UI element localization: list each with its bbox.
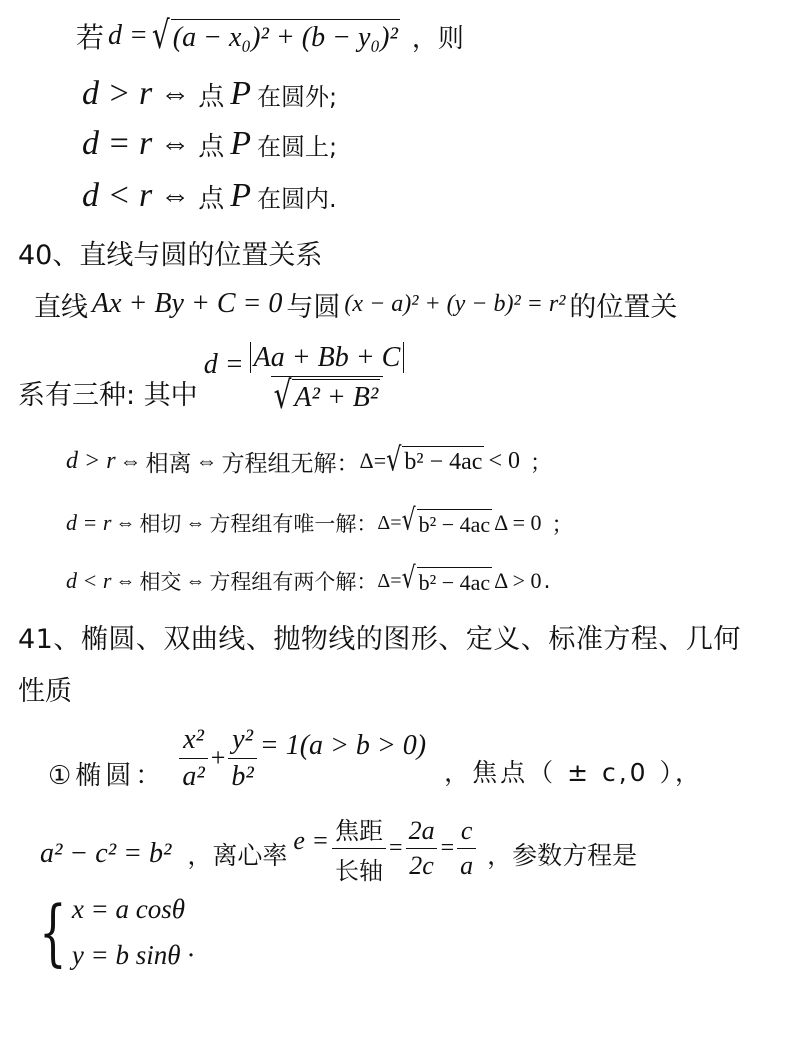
left-brace-icon: { [39, 896, 66, 968]
param-label: ，参数方程是 [487, 836, 637, 872]
d-denominator: A² + B² [292, 379, 380, 414]
case-point-label: 点 [198, 178, 224, 215]
d-lhs: d = [204, 349, 244, 381]
case-name: 相切 [139, 508, 181, 538]
frac-denominator: b² [228, 758, 256, 793]
iff-icon: ⇔ [115, 570, 135, 593]
line-suffix: 的位置关 [569, 285, 677, 324]
section-40-heading: 40、直线与圆的位置关系 [18, 232, 322, 272]
case-text: 在圆上; [257, 127, 337, 162]
case-point-label: 点 [198, 126, 224, 163]
focal-over-axis-fraction: 焦距 长轴 [332, 811, 386, 886]
point-case-outside: d > r ⇔ 点 P 在圆外; [82, 70, 337, 118]
intro-prefix: 若 [76, 16, 104, 56]
point-case-on: d = r ⇔ 点 P 在圆上; [82, 120, 337, 168]
iff-icon: ⇔ [185, 512, 205, 535]
distance-sqrt: √ (a − x₀)² + (b − y₀)² [152, 19, 400, 54]
iff-icon: ⇔ [160, 77, 190, 111]
x-squared-fraction: x² a² [179, 724, 207, 793]
iff-icon: ⇔ [185, 570, 205, 593]
case-desc: 方程组有唯一解： [209, 508, 377, 538]
case-intersect: d < r ⇔ 相交 ⇔ 方程组有两个解： Δ= √ b² − 4ac Δ > … [66, 556, 550, 606]
discriminant-sqrt: √ b² − 4ac [402, 567, 493, 596]
section-41-heading-line2: 性质 [18, 666, 72, 710]
frac-denominator: a [457, 848, 476, 881]
line2-prefix: 系有三种: 其中 [18, 373, 198, 412]
case-name: 相离 [146, 445, 192, 478]
case-relation: d < r [82, 177, 152, 215]
case-relation: d > r [82, 75, 152, 113]
circle-equation: (x − a)² + (y − b)² = r² [344, 291, 565, 318]
param-y: y = b sinθ · [72, 932, 194, 978]
iff-icon: ⇔ [196, 448, 218, 474]
ellipse-parametric-equations: { x = a cosθ y = b sinθ · [30, 884, 194, 980]
point-case-inside: d < r ⇔ 点 P 在圆内. [82, 172, 337, 220]
radical-sign-icon: √ [402, 561, 416, 600]
intro-suffix: ，则 [412, 18, 464, 55]
case-tangent: d = r ⇔ 相切 ⇔ 方程组有唯一解： Δ= √ b² − 4ac Δ = … [66, 498, 574, 548]
discriminant-sqrt: √ b² − 4ac [402, 509, 493, 538]
case-separate: d > r ⇔ 相离 ⇔ 方程组无解： Δ= √ b² − 4ac < 0 ； [66, 436, 552, 486]
case-end: . [543, 569, 550, 594]
y-squared-fraction: y² b² [228, 724, 256, 793]
d-numerator: Aa + Bb + C [250, 342, 405, 373]
equals-sign: = [441, 835, 455, 862]
case-end: ； [530, 446, 552, 477]
case-name: 相交 [139, 566, 181, 596]
equation-rhs: = 1(a > b > 0) [260, 730, 426, 762]
case-point-label: 点 [198, 76, 224, 113]
case-relation: d < r [66, 568, 111, 594]
delta-prefix: Δ= [360, 448, 387, 474]
distance-line-to-center: 系有三种: 其中 d = Aa + Bb + C √ A² + B² [18, 330, 410, 426]
frac-numerator: c [458, 816, 476, 848]
frac-numerator: 2a [406, 816, 438, 848]
equals-sign: = [389, 835, 403, 862]
line-equation: Ax + By + C = 0 [92, 288, 282, 320]
case-desc: 方程组有两个解： [209, 566, 377, 596]
d-denominator-sqrt: √ A² + B² [274, 379, 381, 414]
eccentricity-label: ，离心率 [187, 836, 287, 872]
case-relation: d > r [66, 448, 116, 475]
radical-sign-icon: √ [386, 441, 401, 482]
case-desc: 方程组无解： [222, 445, 360, 478]
intro-lhs: d = [108, 20, 148, 52]
ellipse-standard-equation: ①椭圆： x² a² + y² b² = 1(a > b > 0) ，焦点（ ±… [48, 716, 703, 800]
case-tail: < 0 [488, 448, 520, 475]
frac-numerator: y² [229, 724, 256, 758]
frac-numerator: x² [180, 724, 207, 758]
e-lhs: e = [293, 826, 329, 856]
radical-sign-icon: √ [274, 373, 292, 420]
discriminant-sqrt: √ b² − 4ac [386, 446, 484, 476]
case-point-symbol: P [230, 75, 251, 113]
abc-relation: a² − c² = b² [40, 838, 171, 870]
iff-icon: ⇔ [160, 127, 190, 161]
case-end: ； [551, 508, 573, 539]
focus-text: ，焦点（ ± c,0 ）， [444, 753, 703, 789]
iff-icon: ⇔ [160, 179, 190, 213]
case-relation: d = r [82, 125, 152, 163]
iff-icon: ⇔ [115, 512, 135, 535]
frac-denominator: 长轴 [332, 848, 386, 886]
discriminant-radicand: b² − 4ac [417, 567, 493, 596]
distance-fraction: Aa + Bb + C √ A² + B² [247, 342, 408, 414]
case-point-symbol: P [230, 177, 251, 215]
radical-sign-icon: √ [402, 503, 416, 542]
distance-formula-line: 若 d = √ (a − x₀)² + (b − y₀)² ，则 [76, 12, 464, 60]
delta-prefix: Δ= [377, 570, 401, 593]
delta-prefix: Δ= [377, 512, 401, 535]
distance-radicand: (a − x₀)² + (b − y₀)² [171, 19, 400, 54]
frac-numerator: 焦距 [332, 811, 386, 848]
radical-sign-icon: √ [152, 12, 170, 59]
c-over-a-fraction: c a [457, 816, 476, 881]
ellipse-eccentricity-line: a² − c² = b² ，离心率 e = 焦距 长轴 = 2a 2c = c … [40, 806, 637, 890]
line-prefix: 直线 [34, 285, 88, 324]
case-text: 在圆内. [257, 179, 337, 214]
frac-denominator: 2c [406, 848, 437, 881]
discriminant-radicand: b² − 4ac [417, 509, 493, 538]
case-tail: Δ > 0 [494, 568, 541, 594]
ellipse-label: ①椭圆： [48, 755, 165, 792]
case-relation: d = r [66, 510, 111, 536]
line-circle-sentence: 直线 Ax + By + C = 0 与圆 (x − a)² + (y − b)… [34, 280, 677, 328]
case-point-symbol: P [230, 125, 251, 163]
iff-icon: ⇔ [120, 448, 142, 474]
section-41-heading-line1: 41、椭圆、双曲线、抛物线的图形、定义、标准方程、几何 [18, 614, 741, 658]
param-system: x = a cosθ y = b sinθ · [72, 886, 194, 978]
frac-denominator: a² [179, 758, 207, 793]
case-tail: Δ = 0 [494, 510, 541, 536]
line-mid: 与圆 [286, 285, 340, 324]
two-a-over-two-c-fraction: 2a 2c [406, 816, 438, 881]
plus-sign: + [211, 743, 226, 773]
case-text: 在圆外; [257, 77, 337, 112]
param-x: x = a cosθ [72, 886, 194, 932]
discriminant-radicand: b² − 4ac [402, 446, 484, 476]
